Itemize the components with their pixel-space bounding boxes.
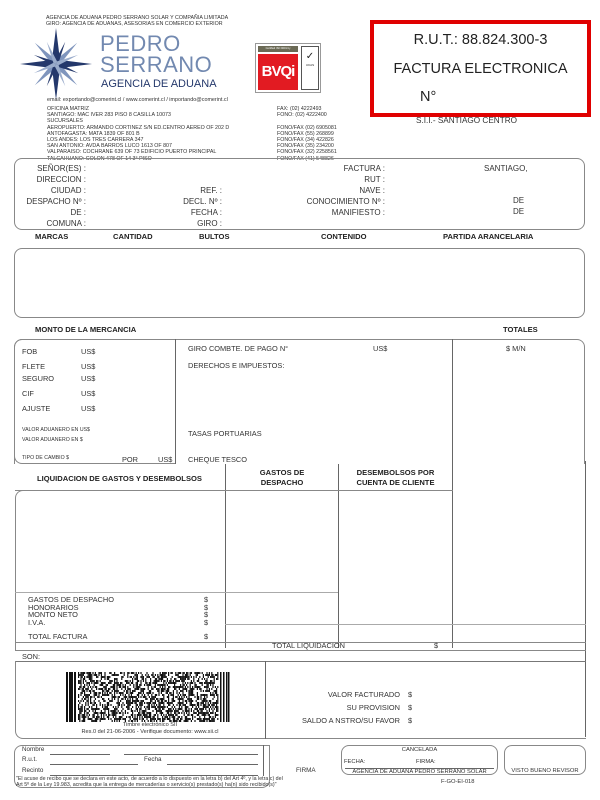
- balance-label: SU PROVISION: [250, 704, 400, 711]
- amounts-title: MONTO DE LA MERCANCIA: [35, 326, 136, 334]
- por-label: POR: [122, 456, 138, 463]
- receipt-firma-label: FIRMA: [296, 768, 316, 774]
- moneda-nacional-label: $ M/N: [506, 345, 526, 352]
- receipt-fecha-label: Fecha: [144, 757, 162, 763]
- ukas-logo-icon: ✓ UKAS: [301, 46, 319, 90]
- liquidation-summary-currency: $: [204, 619, 208, 626]
- total-liquidacion-label: TOTAL LIQUIDACION: [272, 642, 345, 649]
- client-label: COMUNA :: [14, 220, 86, 228]
- stamp-title: Timbre electrónico SII: [50, 723, 250, 729]
- nombre-field-2[interactable]: [124, 754, 258, 755]
- client-label: FECHA :: [160, 209, 222, 217]
- col-desembolsos-1: DESEMBOLSOS POR: [339, 469, 452, 477]
- client-label: MANIFIESTO :: [300, 209, 385, 217]
- rut-field[interactable]: [50, 764, 138, 765]
- goods-detail-area: [14, 248, 585, 318]
- invoice-id-box: R.U.T.: 88.824.300-3 FACTURA ELECTRONICA…: [370, 20, 591, 117]
- office-line: VALPARAISO: COCHRANE 639 OF 73 EDIFICIO …: [47, 149, 229, 155]
- son-label: SON:: [22, 653, 40, 660]
- col-desembolsos-2: CUENTA DE CLIENTE: [339, 479, 452, 487]
- total-factura-label: TOTAL FACTURA: [28, 633, 87, 640]
- client-label: RUT :: [300, 176, 385, 184]
- total-factura-currency: $: [204, 633, 208, 640]
- sii-office: S.I.I.- SANTIAGO CENTRO: [416, 117, 517, 125]
- document-type: FACTURA ELECTRONICA: [374, 62, 587, 77]
- cancel-title: CANCELADA: [341, 748, 498, 754]
- receipt-rut-label: R.u.t.: [22, 757, 37, 763]
- client-label: GIRO :: [160, 220, 222, 228]
- amount-row-currency: US$: [81, 405, 95, 412]
- iso-certification-badge: Certified ISO 9001 by BVQi ✓ UKAS: [255, 43, 321, 93]
- valor-aduanero-usd: VALOR ADUANERO EN US$: [22, 428, 90, 433]
- office-phones: FAX: (02) 4222493FONO: (02) 4222400FONO/…: [277, 106, 337, 162]
- derechos-impuestos: DERECHOS E IMPUESTOS:: [188, 362, 284, 369]
- office-line: AEROPUERTO: ARMANDO CORTINEZ S/N ED.CENT…: [47, 125, 229, 131]
- total-liquidacion-currency: $: [434, 642, 438, 649]
- giro-comprobante: GIRO COMBTE. DE PAGO N°: [188, 345, 288, 352]
- liquidation-title: LIQUIDACION DE GASTOS Y DESEMBOLSOS: [14, 475, 225, 483]
- tasas-portuarias: TASAS PORTUARIAS: [188, 430, 262, 437]
- col-cantidad: CANTIDAD: [113, 233, 153, 241]
- phone-line: FONO/FAX (32) 2258561: [277, 149, 337, 155]
- balance-currency: $: [408, 704, 412, 711]
- invoice-number-label: N°: [420, 90, 436, 105]
- cancel-agency: AGENCIA DE ADUANA PEDRO SERRANO SOLAR: [341, 770, 498, 776]
- bvqi-logo-icon: BVQi: [258, 54, 298, 90]
- balance-currency: $: [408, 691, 412, 698]
- col-gastos-despacho-2: DESPACHO: [226, 479, 338, 487]
- amount-row-currency: US$: [81, 348, 95, 355]
- amount-row-currency: US$: [81, 390, 95, 397]
- balance-currency: $: [408, 717, 412, 724]
- client-label: FACTURA :: [300, 165, 385, 173]
- conocimiento-de: DE: [513, 197, 524, 205]
- client-label: DIRECCION :: [14, 176, 86, 184]
- manifiesto-de: DE: [513, 208, 524, 216]
- stamp-verify: Res.0 del 21-06-2006 - Verifique documen…: [50, 730, 250, 736]
- client-label: DE :: [14, 209, 86, 217]
- client-label: DESPACHO Nº :: [14, 198, 86, 206]
- col-marcas: MARCAS: [35, 233, 68, 241]
- amount-row-label: AJUSTE: [22, 405, 50, 412]
- balance-label: SALDO A NSTRO/SU FAVOR: [250, 717, 400, 724]
- client-label: SEÑOR(ES) :: [14, 165, 86, 173]
- tipo-cambio: TIPO DE CAMBIO $: [22, 456, 69, 461]
- office-addresses: OFICINA MATRIZSANTIAGO: MAC IVER 283 PIS…: [47, 106, 229, 162]
- pdf417-barcode-icon[interactable]: [66, 672, 230, 722]
- form-code: F-GO-EI-018: [441, 780, 475, 786]
- client-label: NAVE :: [300, 187, 385, 195]
- client-label: DECL. Nº :: [160, 198, 222, 206]
- client-label: REF. :: [160, 187, 222, 195]
- brand-name-last: SERRANO: [100, 54, 212, 76]
- phone-line: FONO/FAX (02) 6905081: [277, 125, 337, 131]
- col-bultos: BULTOS: [199, 233, 230, 241]
- receipt-recinto-label: Recinto: [22, 768, 43, 774]
- rut-number: R.U.T.: 88.824.300-3: [374, 33, 587, 48]
- por-currency: US$: [158, 456, 172, 463]
- compass-star-logo-icon: [18, 26, 94, 102]
- client-label: CIUDAD :: [14, 187, 86, 195]
- fecha-field[interactable]: [167, 764, 258, 765]
- giro-currency: US$: [373, 345, 387, 352]
- cheque-tesco: CHEQUE TESCO: [188, 456, 247, 463]
- col-partida-arancelaria: PARTIDA ARANCELARIA: [443, 233, 533, 241]
- visto-bueno-revisor: VISTO BUENO REVISOR: [504, 769, 586, 775]
- cancel-firma: FIRMA:: [416, 760, 436, 766]
- amount-row-label: FOB: [22, 348, 37, 355]
- client-label: CONOCIMIENTO Nº :: [300, 198, 385, 206]
- amount-row-currency: US$: [81, 375, 95, 382]
- brand-tagline: AGENCIA DE ADUANA: [101, 79, 217, 90]
- cancel-fecha: FECHA:: [344, 760, 365, 766]
- issue-city: SANTIAGO,: [484, 165, 528, 173]
- amount-row-label: FLETE: [22, 363, 45, 370]
- amount-row-label: SEGURO: [22, 375, 54, 382]
- col-gastos-despacho-1: GASTOS DE: [226, 469, 338, 477]
- cert-label: Certified ISO 9001 by: [258, 46, 298, 52]
- liquidation-summary-label: I.V.A.: [28, 619, 45, 626]
- legal-notice-2: Art 5º de la Ley 19.983, acredita que la…: [16, 783, 277, 788]
- amount-row-currency: US$: [81, 363, 95, 370]
- totals-title: TOTALES: [503, 326, 538, 334]
- nombre-field[interactable]: [50, 754, 110, 755]
- col-contenido: CONTENIDO: [321, 233, 367, 241]
- amount-row-label: CIF: [22, 390, 34, 397]
- receipt-nombre-label: Nombre: [22, 747, 44, 753]
- balance-label: VALOR FACTURADO: [250, 691, 400, 698]
- contact-emails: email: exportando@comerint.cl / www.come…: [47, 98, 228, 103]
- valor-aduanero-clp: VALOR ADUANERO EN $: [22, 438, 83, 443]
